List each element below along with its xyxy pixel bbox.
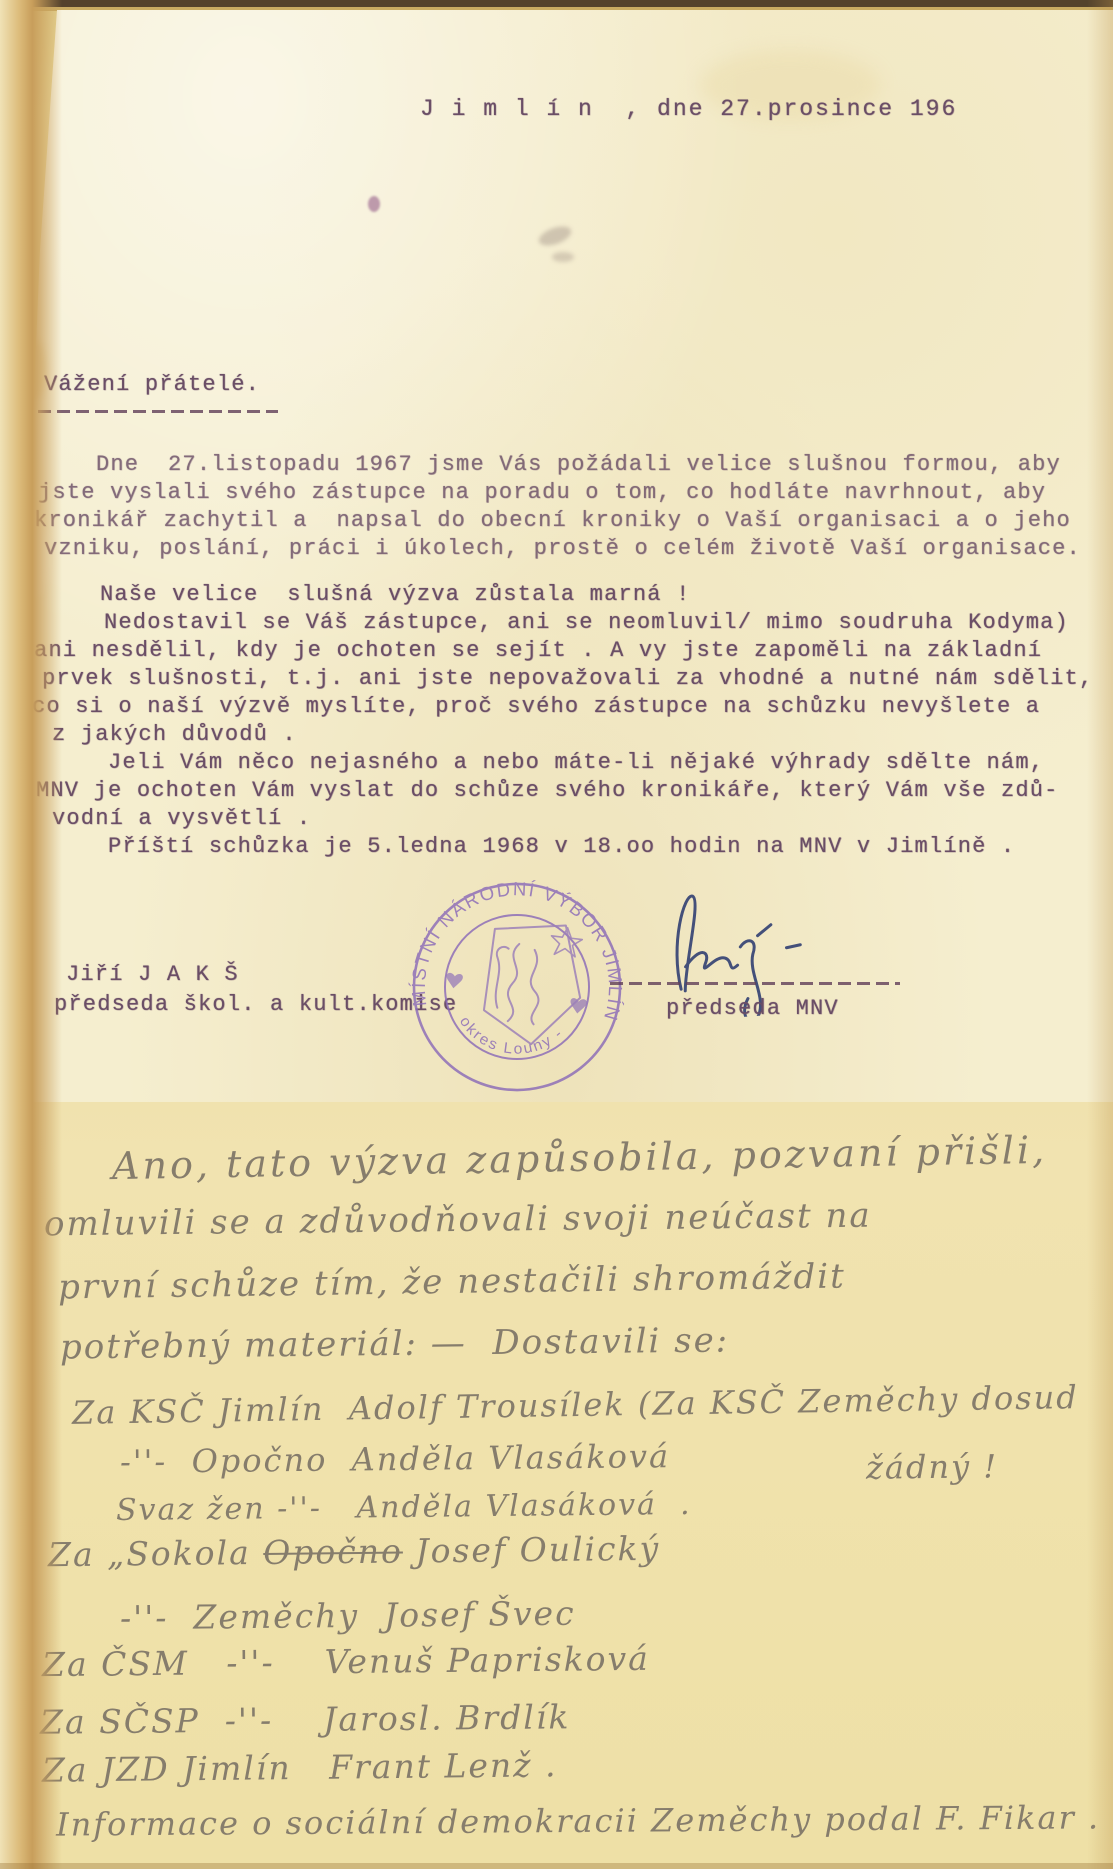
letter-body-line: Příští schůzka je 5.ledna 1968 v 18.oo h… <box>108 834 1015 859</box>
stamp-district-text: okres Louny - <box>453 1012 569 1064</box>
smudge <box>552 252 574 262</box>
letter-body-line: prvek slušnosti, t.j. ani jste nepovažov… <box>42 666 1093 691</box>
chronicle-entry-line: první schůze tím, že nestačili shromáždi… <box>58 1257 846 1308</box>
chronicle-entry-line: Za KSČ Jimlín Adolf Trousílek (Za KSČ Ze… <box>72 1378 1079 1432</box>
chronicle-entry-line: potřebný materiál: — Dostavili se: <box>60 1320 730 1367</box>
entry-text: Za „Sokola <box>48 1533 264 1574</box>
sender-title: předseda škol. a kult.komise <box>54 992 457 1017</box>
letter-body-line: vodní a vysvětlí . <box>52 806 311 831</box>
sender-name: Jiří J A K Š <box>66 962 239 987</box>
star-icon <box>549 926 583 958</box>
letter-body-line: MNV je ochoten Vám vyslat do schůze svéh… <box>36 778 1059 803</box>
attendee-note: žádný ! <box>866 1447 999 1486</box>
stamp-ring-text: MÍSTNÍ NÁRODNÍ VÝBOR JIMLÍN <box>406 867 638 1033</box>
letter-body-line: co si o naší výzvě myslíte, proč svého z… <box>32 694 1040 719</box>
chronicle-entry-line: Za SČSP -''- Jarosl. Brdlík <box>40 1697 571 1742</box>
letter-body-line: vzniku, poslání, práci i úkolech, prostě… <box>44 536 1081 561</box>
letter-body-line: Jeli Vám něco nejasného a nebo máte-li n… <box>108 750 1044 775</box>
chronicle-entry-line: Za JZD Jimlín Frant Lenž . <box>42 1745 558 1789</box>
letter-body-line: kronikář zachytil a napsal do obecní kro… <box>34 508 1071 533</box>
letter-body-line: Dne 27.listopadu 1967 jsme Vás požádali … <box>96 452 1061 477</box>
salutation-underline <box>38 410 278 413</box>
chronicle-entry-line: -''- Opočno Anděla Vlasáková <box>120 1437 670 1481</box>
page-bottom-edge <box>0 1863 1113 1869</box>
linden-leaf-icon <box>445 972 463 989</box>
ink-spot <box>368 196 380 212</box>
official-stamp: MÍSTNÍ NÁRODNÍ VÝBOR JIMLÍN okres Louny … <box>389 859 645 1115</box>
letter-dateline: J i m l í n , dne 27.prosince 196 <box>420 96 957 122</box>
czech-lion-emblem <box>481 917 589 1050</box>
book-binding-edge <box>0 0 62 1869</box>
chronicle-entry-line: Ano, tato výzva zapůsobila, pozvaní přiš… <box>112 1128 1048 1188</box>
letter-body-line: Nedostavil se Váš zástupce, ani se neoml… <box>104 610 1069 635</box>
letter-body-line: jste vyslali svého zástupce na poradu o … <box>38 480 1046 505</box>
smudge <box>536 223 573 250</box>
chronicle-entry-line: Informace o sociální demokracii Zeměchy … <box>56 1798 1100 1843</box>
signer-title: předseda MNV <box>666 996 839 1021</box>
signature-line <box>610 982 900 985</box>
letter-sheet: J i m l í n , dne 27.prosince 196 Vážení… <box>0 10 1113 1102</box>
letter-body-line: z jakých důvodů . <box>52 722 297 747</box>
page-right-edge <box>1087 0 1113 1869</box>
letter-body-line: Naše velice slušná výzva zůstala marná ! <box>100 582 691 607</box>
chronicle-entry-line: Svaz žen -''- Anděla Vlasáková . <box>116 1487 692 1528</box>
chronicle-entry-line: -''- Zeměchy Josef Švec <box>120 1594 576 1638</box>
chronicle-entry-line: Za „Sokola Opočno Josef Oulický <box>48 1529 661 1574</box>
struck-word: Opočno <box>263 1531 403 1571</box>
chronicle-page: J i m l í n , dne 27.prosince 196 Vážení… <box>0 0 1113 1869</box>
chronicle-entry-line: omluvili se a zdůvodňovali svoji neúčast… <box>44 1196 872 1245</box>
chronicle-entry-line: Za ČSM -''- Venuš Paprisková <box>42 1639 650 1684</box>
letter-salutation: Vážení přátelé. <box>44 372 260 397</box>
entry-text: Josef Oulický <box>403 1529 661 1571</box>
book-top-edge <box>0 0 1113 7</box>
letter-body-line: ani nesdělil, kdy je ochoten se sejít . … <box>34 638 1042 663</box>
